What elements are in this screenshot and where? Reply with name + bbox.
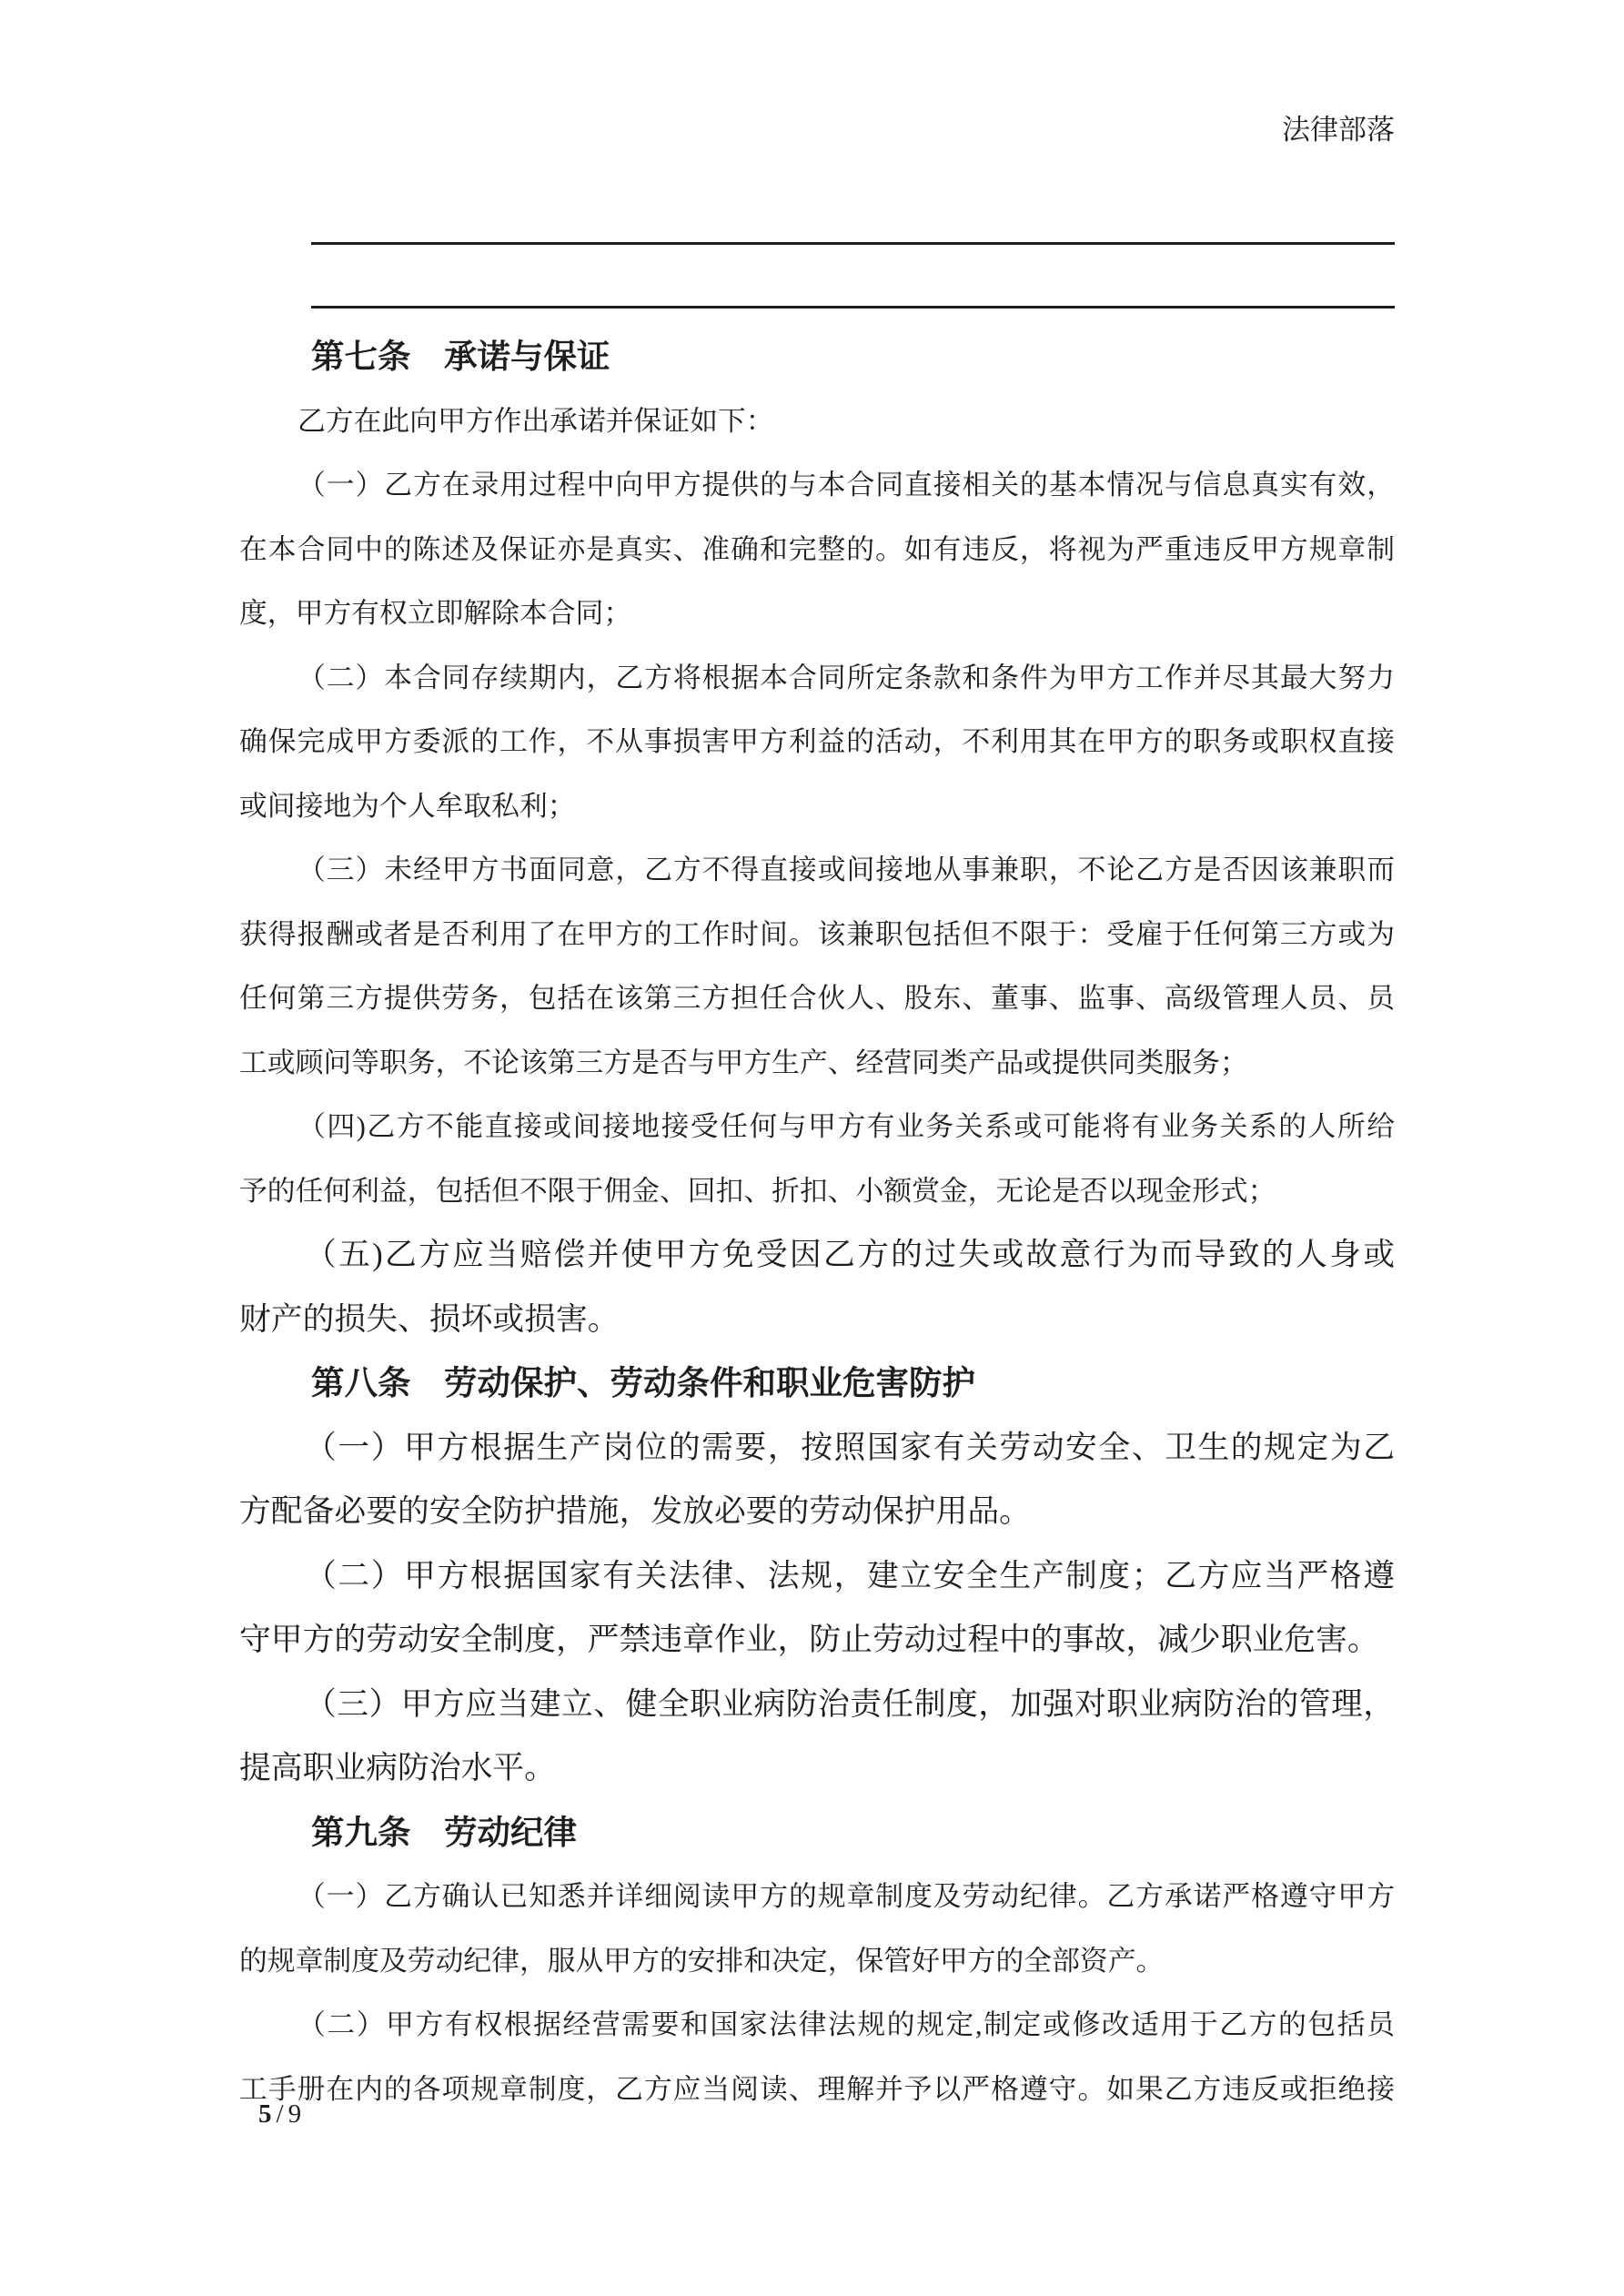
document-line: 度，甲方有权立即解除本合同； [239, 582, 1395, 646]
document-line: （一）甲方根据生产岗位的需要，按照国家有关劳动安全、卫生的规定为乙 [239, 1416, 1395, 1481]
document-line: 的规章制度及劳动纪律，服从甲方的安排和决定，保管好甲方的全部资产。 [239, 1929, 1395, 1994]
header-rule-bottom [311, 306, 1395, 308]
document-line: （二）甲方根据国家有关法律、法规，建立安全生产制度；乙方应当严格遵 [239, 1544, 1395, 1609]
page-number-current: 5 [258, 2099, 272, 2129]
page-number: 5/9 [258, 2100, 301, 2128]
document-line: （三）甲方应当建立、健全职业病防治责任制度，加强对职业病防治的管理， [239, 1673, 1395, 1737]
document-line: 方配备必要的安全防护措施，发放必要的劳动保护用品。 [239, 1480, 1395, 1544]
document-line: （一）乙方在录用过程中向甲方提供的与本合同直接相关的基本情况与信息真实有效， [239, 453, 1395, 518]
article-heading: 第八条 劳动保护、劳动条件和职业危害防护 [239, 1351, 1395, 1416]
page-number-total: 9 [288, 2099, 302, 2129]
document-line: 提高职业病防治水平。 [239, 1736, 1395, 1801]
article-heading: 第九条 劳动纪律 [239, 1801, 1395, 1866]
document-line: 在本合同中的陈述及保证亦是真实、准确和完整的。如有违反，将视为严重违反甲方规章制 [239, 518, 1395, 582]
document-line: 确保完成甲方委派的工作，不从事损害甲方利益的活动，不利用其在甲方的职务或职权直接 [239, 710, 1395, 774]
document-line: 财产的损失、损坏或损害。 [239, 1288, 1395, 1352]
article-heading: 第七条 承诺与保证 [239, 325, 1395, 389]
document-line: （一）乙方确认已知悉并详细阅读甲方的规章制度及劳动纪律。乙方承诺严格遵守甲方 [239, 1865, 1395, 1929]
header-rule-top [311, 242, 1395, 245]
document-line: （三）未经甲方书面同意，乙方不得直接或间接地从事兼职，不论乙方是否因该兼职而 [239, 838, 1395, 903]
document-line: 或间接地为个人牟取私利； [239, 774, 1395, 839]
document-line: 工或顾问等职务，不论该第三方是否与甲方生产、经营同类产品或提供同类服务； [239, 1031, 1395, 1096]
contract-page: 法律部落 第七条 承诺与保证乙方在此向甲方作出承诺并保证如下：（一）乙方在录用过… [0, 0, 1624, 2296]
page-number-separator: / [277, 2099, 284, 2129]
document-line: 守甲方的劳动安全制度，严禁违章作业，防止劳动过程中的事故，减少职业危害。 [239, 1608, 1395, 1673]
brand-watermark: 法律部落 [1282, 116, 1395, 145]
document-line: （二）本合同存续期内，乙方将根据本合同所定条款和条件为甲方工作并尽其最大努力 [239, 646, 1395, 711]
document-line: 任何第三方提供劳务，包括在该第三方担任合伙人、股东、董事、监事、高级管理人员、员 [239, 966, 1395, 1031]
document-line: 予的任何利益，包括但不限于佣金、回扣、折扣、小额赏金，无论是否以现金形式； [239, 1159, 1395, 1224]
document-line: 乙方在此向甲方作出承诺并保证如下： [239, 389, 1395, 454]
document-line: （二）甲方有权根据经营需要和国家法律法规的规定,制定或修改适用于乙方的包括员 [239, 1993, 1395, 2058]
document-line: 获得报酬或者是否利用了在甲方的工作时间。该兼职包括但不限于：受雇于任何第三方或为 [239, 903, 1395, 967]
document-line: （四)乙方不能直接或间接地接受任何与甲方有业务关系或可能将有业务关系的人所给 [239, 1095, 1395, 1159]
document-line: 工手册在内的各项规章制度，乙方应当阅读、理解并予以严格遵守。如果乙方违反或拒绝接 [239, 2058, 1395, 2122]
document-line: （五)乙方应当赔偿并使甲方免受因乙方的过失或故意行为而导致的人身或 [239, 1223, 1395, 1288]
document-body: 第七条 承诺与保证乙方在此向甲方作出承诺并保证如下：（一）乙方在录用过程中向甲方… [239, 325, 1395, 2121]
